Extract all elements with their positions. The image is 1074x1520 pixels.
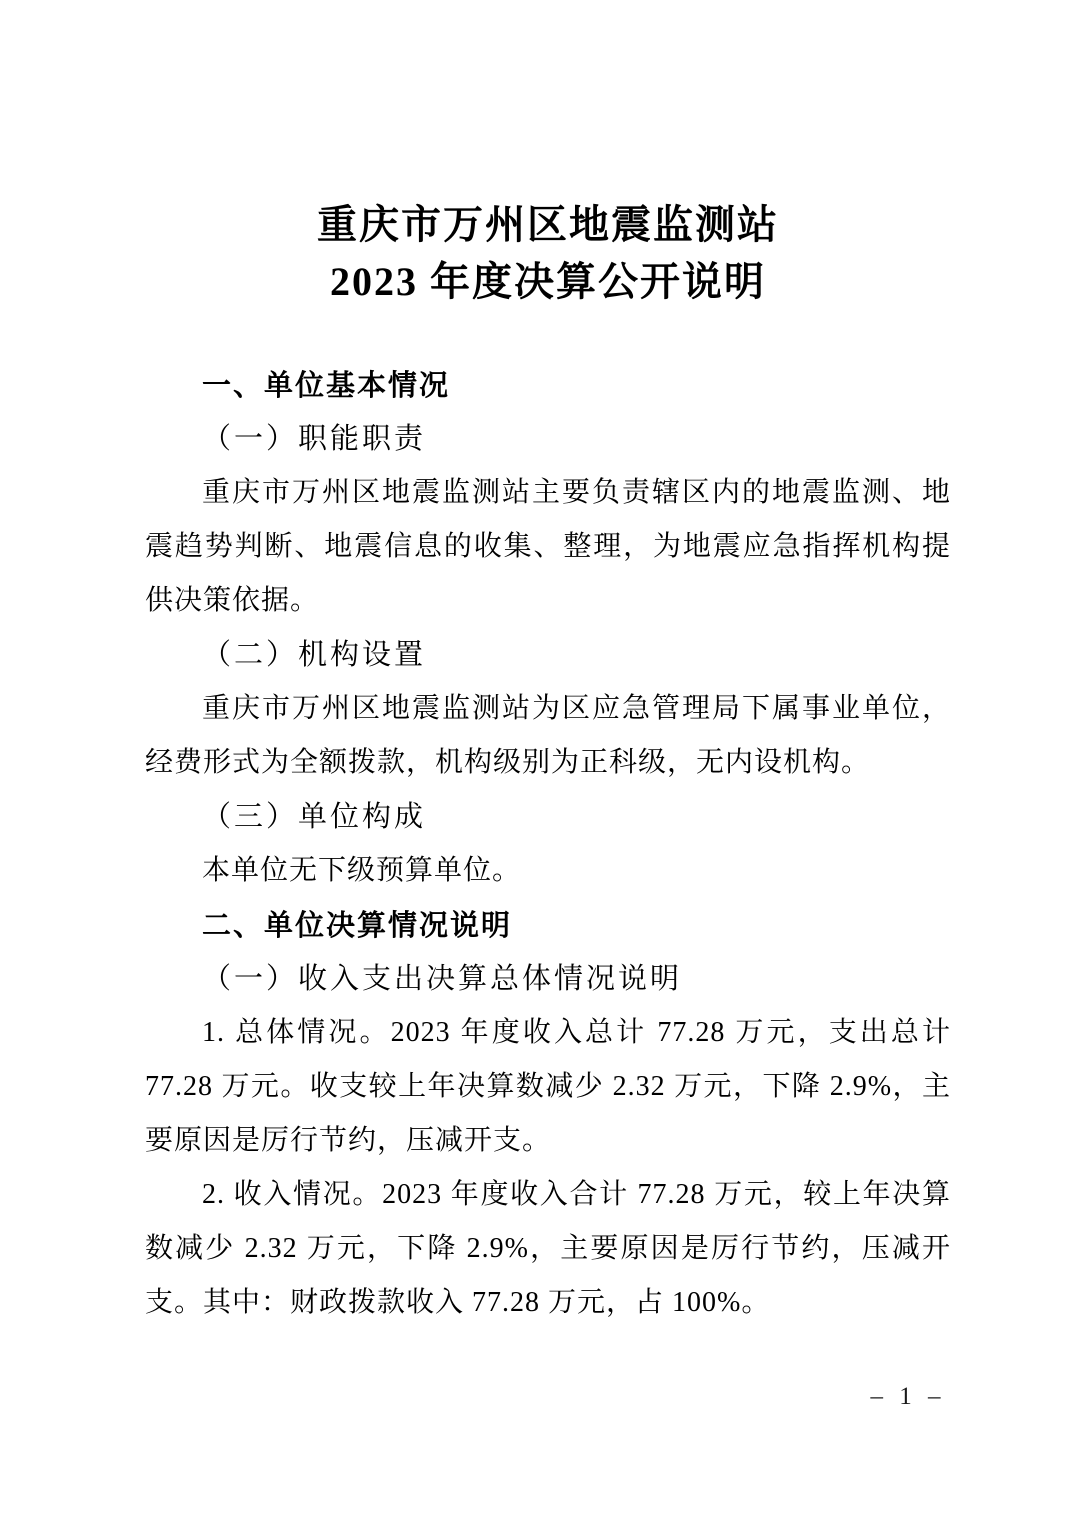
paragraph-structure: 重庆市万州区地震监测站为区应急管理局下属事业单位，经费形式为全额拨款，机构级别为… <box>145 682 951 790</box>
document-title: 重庆市万州区地震监测站 2023 年度决算公开说明 <box>145 196 951 310</box>
document-content: 重庆市万州区地震监测站 2023 年度决算公开说明 一、单位基本情况 （一）职能… <box>145 196 951 1330</box>
subsection-heading-composition: （三）单位构成 <box>145 790 951 844</box>
paragraph-duties: 重庆市万州区地震监测站主要负责辖区内的地震监测、地震趋势判断、地震信息的收集、整… <box>145 466 951 628</box>
paragraph-overall-situation: 1. 总体情况。2023 年度收入总计 77.28 万元，支出总计 77.28 … <box>145 1006 951 1168</box>
subsection-heading-structure: （二）机构设置 <box>145 628 951 682</box>
paragraph-income-situation: 2. 收入情况。2023 年度收入合计 77.28 万元，较上年决算数减少 2.… <box>145 1168 951 1330</box>
document-body: 一、单位基本情况 （一）职能职责 重庆市万州区地震监测站主要负责辖区内的地震监测… <box>145 358 951 1330</box>
document-title-line1: 重庆市万州区地震监测站 <box>145 196 951 253</box>
paragraph-composition: 本单位无下级预算单位。 <box>145 844 951 898</box>
subsection-heading-duties: （一）职能职责 <box>145 412 951 466</box>
document-title-line2: 2023 年度决算公开说明 <box>145 253 951 310</box>
document-page: 重庆市万州区地震监测站 2023 年度决算公开说明 一、单位基本情况 （一）职能… <box>0 0 1074 1520</box>
section-heading-2: 二、单位决算情况说明 <box>145 898 951 952</box>
subsection-heading-overview: （一）收入支出决算总体情况说明 <box>145 952 951 1006</box>
page-number: – 1 – <box>852 1383 964 1411</box>
section-heading-1: 一、单位基本情况 <box>145 358 951 412</box>
